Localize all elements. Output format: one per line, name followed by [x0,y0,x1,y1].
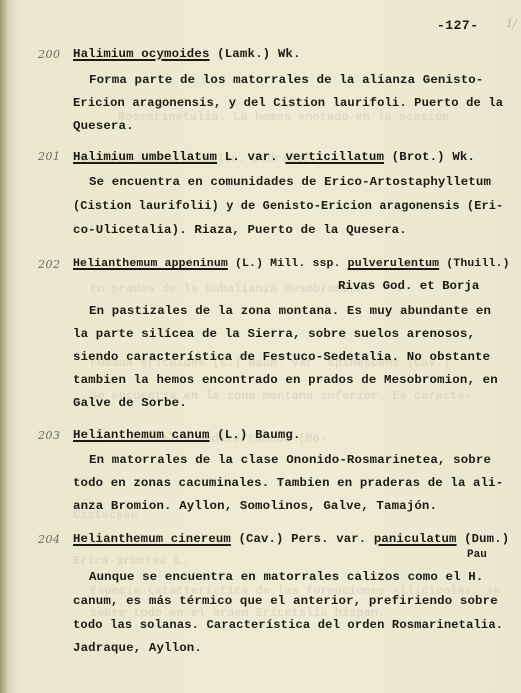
entry-text-line: anza Bromion. Ayllon, Somolinos, Galve, … [73,499,437,513]
entry-text-line: Aunque se encuentra en matorrales calizo… [89,570,483,584]
entry-text-line: tambien la hemos encontrado en prados de… [73,373,498,387]
species-heading: Helianthemum appeninum (L.) Mill. ssp. p… [73,257,510,270]
infraspecific-rank: ssp. [312,257,340,270]
authority-continuation: Pau [467,549,487,561]
species-authority: (Lamk.) Wk. [217,47,300,61]
bleed-through-text: Erica-arborea L. [73,554,188,568]
species-authority: L. [225,150,240,164]
infraspecific-rank: var. [248,150,278,164]
entry-text-line: Ericion aragonensis, y del Cistion lauri… [73,96,503,110]
species-heading: Helianthemum cinereum (Cav.) Pers. var. … [73,532,509,546]
infraspecific-name: pulverulentum [348,257,440,270]
entry-margin-number: 204 [38,533,61,546]
species-name: Halimium umbellatum [73,150,217,164]
entry-margin-number: 203 [38,429,61,442]
entry-text-line: siendo característica de Festuco-Sedetal… [73,350,490,364]
entry-margin-number: 201 [38,150,61,163]
entry-text-line: Quesera. [73,119,134,133]
handwritten-corner-mark: 1/ [506,17,517,30]
entry-text-line: En matorrales de la clase Ononido-Rosmar… [89,453,491,467]
entry-text-line: (Cistion laurifolii) y de Genisto-Ericio… [73,199,503,213]
species-heading: Helianthemum canum (L.) Baumg. [73,428,301,442]
species-name: Helianthemum cinereum [73,532,231,546]
species-heading: Halimium umbellatum L. var. verticillatu… [73,150,475,164]
infraspecific-name: paniculatum [374,532,457,546]
entry-text-line: Se encuentra en comunidades de Erico-Art… [89,175,491,189]
document-page: Rosmarinetalia. La hemos anotado en la o… [0,0,521,693]
entry-text-line: todo en zonas cacuminales. Tambien en pr… [73,476,503,490]
entry-text-line: En pastizales de la zona montana. Es muy… [89,304,491,318]
entry-text-line: la parte silícea de la Sierra, sobre sue… [73,327,475,341]
entry-text-line: todo las solanas. Característica del ord… [73,618,503,632]
infraspecific-authority: (Thuill.) [446,257,509,270]
entry-text-line: canum, es más térmico que el anterior, p… [73,594,498,608]
infraspecific-rank: var. [336,532,366,546]
species-authority: (L.) Mill. [235,257,305,270]
species-heading: Halimium ocymoides (Lamk.) Wk. [73,47,301,61]
page-number: -127- [437,18,479,33]
entry-text-line: Galve de Sorbe. [73,396,187,410]
entry-text-line: Jadraque, Ayllon. [73,641,202,655]
infraspecific-authority: (Brot.) Wk. [392,150,475,164]
bleed-through-text: En prados de la subalianza Mesobromion [90,282,364,296]
entry-text-line: Forma parte de los matorrales de la alia… [89,73,483,87]
species-name: Helianthemum appeninum [73,257,228,270]
infraspecific-name: verticillatum [285,150,384,164]
species-authority: (Cav.) Pers. [238,532,328,546]
species-name: Helianthemum canum [73,428,210,442]
bleed-through-text: Rosmarinetalia. La hemos anotado en la o… [118,110,449,124]
infraspecific-authority: (Dum.) [464,532,509,546]
authority-continuation: Rivas God. et Borja [338,279,479,293]
entry-margin-number: 202 [38,258,61,271]
species-authority: (L.) Baumg. [217,428,300,442]
entry-text-line: co-Ulicetalia). Riaza, Puerto de la Ques… [73,223,407,237]
species-name: Halimium ocymoides [73,47,210,61]
entry-margin-number: 200 [38,48,61,61]
